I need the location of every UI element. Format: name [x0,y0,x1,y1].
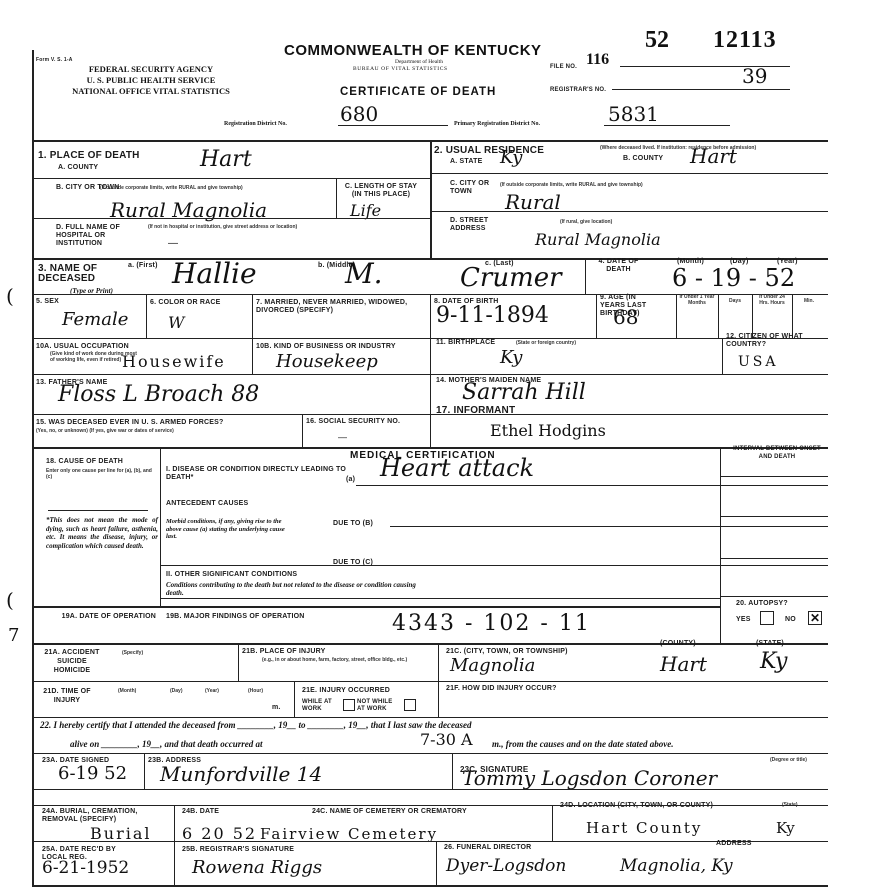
business-value: Housekeep [276,352,378,372]
hospital-value: — [168,238,178,249]
informant-label: 17. INFORMANT [436,406,515,416]
bureau: BUREAU OF VITAL STATISTICS [353,66,448,72]
under-1yr-months: If Under 1 Year Months [678,294,716,306]
margin-mark: ( [6,590,14,610]
injury-time-label: 21d. TIME OF INJURY [42,687,92,705]
hospital-label: d. FULL NAME OF HOSPITAL OR INSTITUTION [56,224,146,248]
race-value: W [168,313,184,333]
injury-place-note: (e.g., in or about home, farm, factory, … [262,657,432,663]
operation-findings-label: 19b. MAJOR FINDINGS OF OPERATION [166,613,305,621]
injury-city-value: Magnolia [450,656,535,676]
under-1yr-days: Days [720,298,750,304]
funeral-director-value: Dyer-Logsdon [446,856,566,876]
primary-district-label: Primary Registration District No. [454,121,540,127]
form-number: Form V. S. 1-A [36,56,73,64]
certificate-title: CERTIFICATE OF DEATH [340,86,496,98]
place-of-death-label: 1. PLACE OF DEATH [38,151,140,161]
birthplace-value: Ky [500,348,522,368]
cemetery-label: 24c. NAME OF CEMETERY OR CREMATORY [312,808,467,816]
address-value: Munfordville 14 [160,764,322,784]
death-city-note: (If outside corporate limits, write RURA… [100,185,290,191]
death-time-value: 7-30 A [420,730,473,750]
injury-county-value: Hart [660,654,707,674]
ssn-value: — [338,432,347,442]
direct-cause-label: I. DISEASE OR CONDITION DIRECTLY LEADING… [166,466,366,482]
under-24hr-min: Min. [794,298,824,304]
death-city-value: Rural Magnolia [110,200,267,220]
autopsy-label: 20. AUTOPSY? [736,600,788,608]
injury-not-at-work-label: NOT WHILE AT WORK [357,699,401,713]
res-city-value: Rural [505,192,561,212]
occupation-label: 10a. USUAL OCCUPATION [36,343,129,351]
injury-time-month: (Month) [118,688,136,694]
birthplace-note: (State or foreign country) [516,340,576,346]
deceased-name-label: 3. NAME OF DECEASED [38,264,118,284]
stay-label: c. LENGTH OF STAY (in this place) [340,183,422,199]
res-street-value: Rural Magnolia [535,230,661,250]
injury-type-label: 21a. ACCIDENT SUICIDE HOMICIDE [42,648,102,675]
injury-place-label: 21b. PLACE OF INJURY [242,648,325,656]
not-at-work-checkbox[interactable] [404,699,416,711]
sex-value: Female [62,310,128,330]
injury-state-label: (STATE) [756,640,784,648]
injury-time-year: (Year) [205,688,219,694]
other-conditions-note: Conditions contributing to the death but… [166,581,426,597]
sex-label: 5. SEX [36,298,59,306]
funeral-director-label: 26. FUNERAL DIRECTOR [444,844,531,852]
autopsy-no-label: NO [785,616,796,624]
signature-value: Tommy Logsdon Coroner [462,768,717,788]
armed-forces-label: 15. WAS DECEASED EVER IN U. S. ARMED FOR… [36,419,276,427]
certify-line-1: 22. I hereby certify that I attended the… [40,720,820,730]
marital-label: 7. MARRIED, NEVER MARRIED, WIDOWED, DIVO… [256,299,426,315]
date-signed-value: 6-19 52 [58,764,127,784]
other-conditions-label: II. OTHER SIGNIFICANT CONDITIONS [166,571,297,579]
res-state-value: Ky [500,148,522,168]
res-street-note: (If rural, give location) [560,219,612,225]
hospital-note: (If not in hospital or institution, give… [148,224,418,230]
under-24hr-hours: If Under 24 Hrs. Hours [754,294,790,306]
death-certificate: Form V. S. 1-A FEDERAL SECURITY AGENCY U… [0,0,880,892]
cause-footnote: *This does not mean the mode of dying, s… [46,516,158,550]
registration-district-label: Registration District No. [224,121,287,127]
age-value: 68 [613,307,638,327]
cause-of-death-note: Enter only one cause per line for (a), (… [46,468,156,480]
injury-time-hour: (Hour) [248,688,263,694]
death-county-value: Hart [200,150,252,170]
injury-how-label: 21f. HOW DID INJURY OCCUR? [446,685,557,693]
res-street-label: d. STREET ADDRESS [450,217,500,233]
injury-at-work-label: WHILE AT WORK [302,699,338,713]
interval-label: INTERVAL BETWEEN ONSET AND DEATH [728,445,826,461]
father-value: Floss L Broach 88 [58,385,259,405]
res-county-label: b. COUNTY [623,155,663,163]
degree-label: (Degree or title) [770,757,807,763]
primary-district: 5831 [608,104,659,124]
direct-cause-value: Heart attack [380,458,534,478]
res-city-label: c. CITY OR TOWN [450,180,490,196]
agency-line: U. S. PUBLIC HEALTH SERVICE [36,75,266,86]
injury-state-value: Ky [760,652,787,672]
direct-cause-a: (a) [346,476,355,484]
registration-district: 680 [340,104,378,124]
injury-time-m: m. [272,704,281,712]
autopsy-yes-checkbox[interactable] [760,611,774,625]
file-no-label: FILE NO. [550,63,577,71]
last-name-value: Crumer [460,268,562,288]
certify-line-2b: m., from the causes and on the date stat… [492,739,674,749]
antecedent-note: Morbid conditions, if any, giving rise t… [166,518,292,541]
received-date-value: 6-21-1952 [42,858,129,878]
funeral-address-label: ADDRESS [716,840,752,848]
autopsy-yes-label: YES [736,616,751,624]
burial-location-label: 24d. LOCATION (City, town, or county) [560,802,713,810]
injury-time-day: (Day) [170,688,183,694]
res-state-label: a. STATE [450,158,482,166]
department: Department of Health [395,59,443,65]
agency-line: FEDERAL SECURITY AGENCY [36,64,266,75]
injury-county-label: (COUNTY) [660,640,696,648]
mother-value: Sarrah Hill [462,383,586,403]
res-county-value: Hart [690,146,737,166]
business-label: 10b. KIND OF BUSINESS OR INDUSTRY [256,343,426,351]
margin-mark: ( [6,286,14,306]
first-name-value: Hallie [172,264,257,284]
registrar-no-label: REGISTRAR'S NO. [550,86,606,94]
informant-value: Ethel Hodgins [490,421,606,441]
birthplace-label: 11. BIRTHPLACE [436,339,495,347]
ssn-label: 16. SOCIAL SECURITY NO. [306,418,426,426]
certify-line-2a: alive on ________, 19__, and that death … [70,739,263,749]
race-label: 6. COLOR OR RACE [150,299,220,307]
antecedent-label: ANTECEDENT CAUSES [166,500,248,508]
funeral-address-value: Magnolia, Ky [620,856,733,876]
citizen-value: USA [738,352,779,372]
page-title: COMMONWEALTH OF KENTUCKY [284,42,542,59]
burial-state-value: Ky [776,818,795,838]
citizen-label: 12. CITIZEN OF WHAT COUNTRY? [726,333,816,349]
injury-work-label: 21e. INJURY OCCURRED [302,687,390,695]
stamp-number: 12113 [713,27,777,54]
cause-of-death-label: 18. CAUSE OF DEATH [46,458,123,466]
margin-mark: 7 [8,626,19,646]
registrar-signature-label: 25b. REGISTRAR'S SIGNATURE [182,846,294,854]
stamp-year: 52 [645,27,669,54]
agency-line: NATIONAL OFFICE VITAL STATISTICS [36,86,266,97]
burial-date-label: 24b. DATE [182,808,219,816]
county-label: a. COUNTY [58,164,98,172]
armed-forces-note: (Yes, no, or unknown) (If yes, give war … [36,428,276,434]
middle-name-value: M. [345,264,383,284]
operation-findings-value: 4343 - 102 - 11 [392,614,591,634]
injury-type-note: (Specify) [122,650,143,656]
date-of-death-label: 4. DATE OF DEATH [596,258,641,274]
file-no: 116 [586,51,609,69]
burial-location-value: Hart County [586,818,702,838]
occupation-value: Housewife [122,352,226,372]
due-to-b-label: DUE TO (b) [333,520,373,528]
agency-block: FEDERAL SECURITY AGENCY U. S. PUBLIC HEA… [36,64,266,97]
operation-date-label: 19a. DATE OF OPERATION [46,613,156,621]
dob-value: 9-11-1894 [436,306,549,326]
burial-type-label: 24a. BURIAL, CREMATION, REMOVAL (Specify… [42,808,138,824]
usual-residence-label: 2. USUAL RESIDENCE [434,146,544,156]
autopsy-no-checkbox[interactable]: ✕ [808,611,822,625]
registrar-signature-value: Rowena Riggs [192,858,322,878]
at-work-checkbox[interactable] [343,699,355,711]
first-name-label: a. (First) [128,262,158,270]
date-of-death-value: 6 - 19 - 52 [672,268,795,288]
res-city-note: (If outside corporate limits, write RURA… [500,182,800,188]
registrar-no: 39 [742,66,767,86]
